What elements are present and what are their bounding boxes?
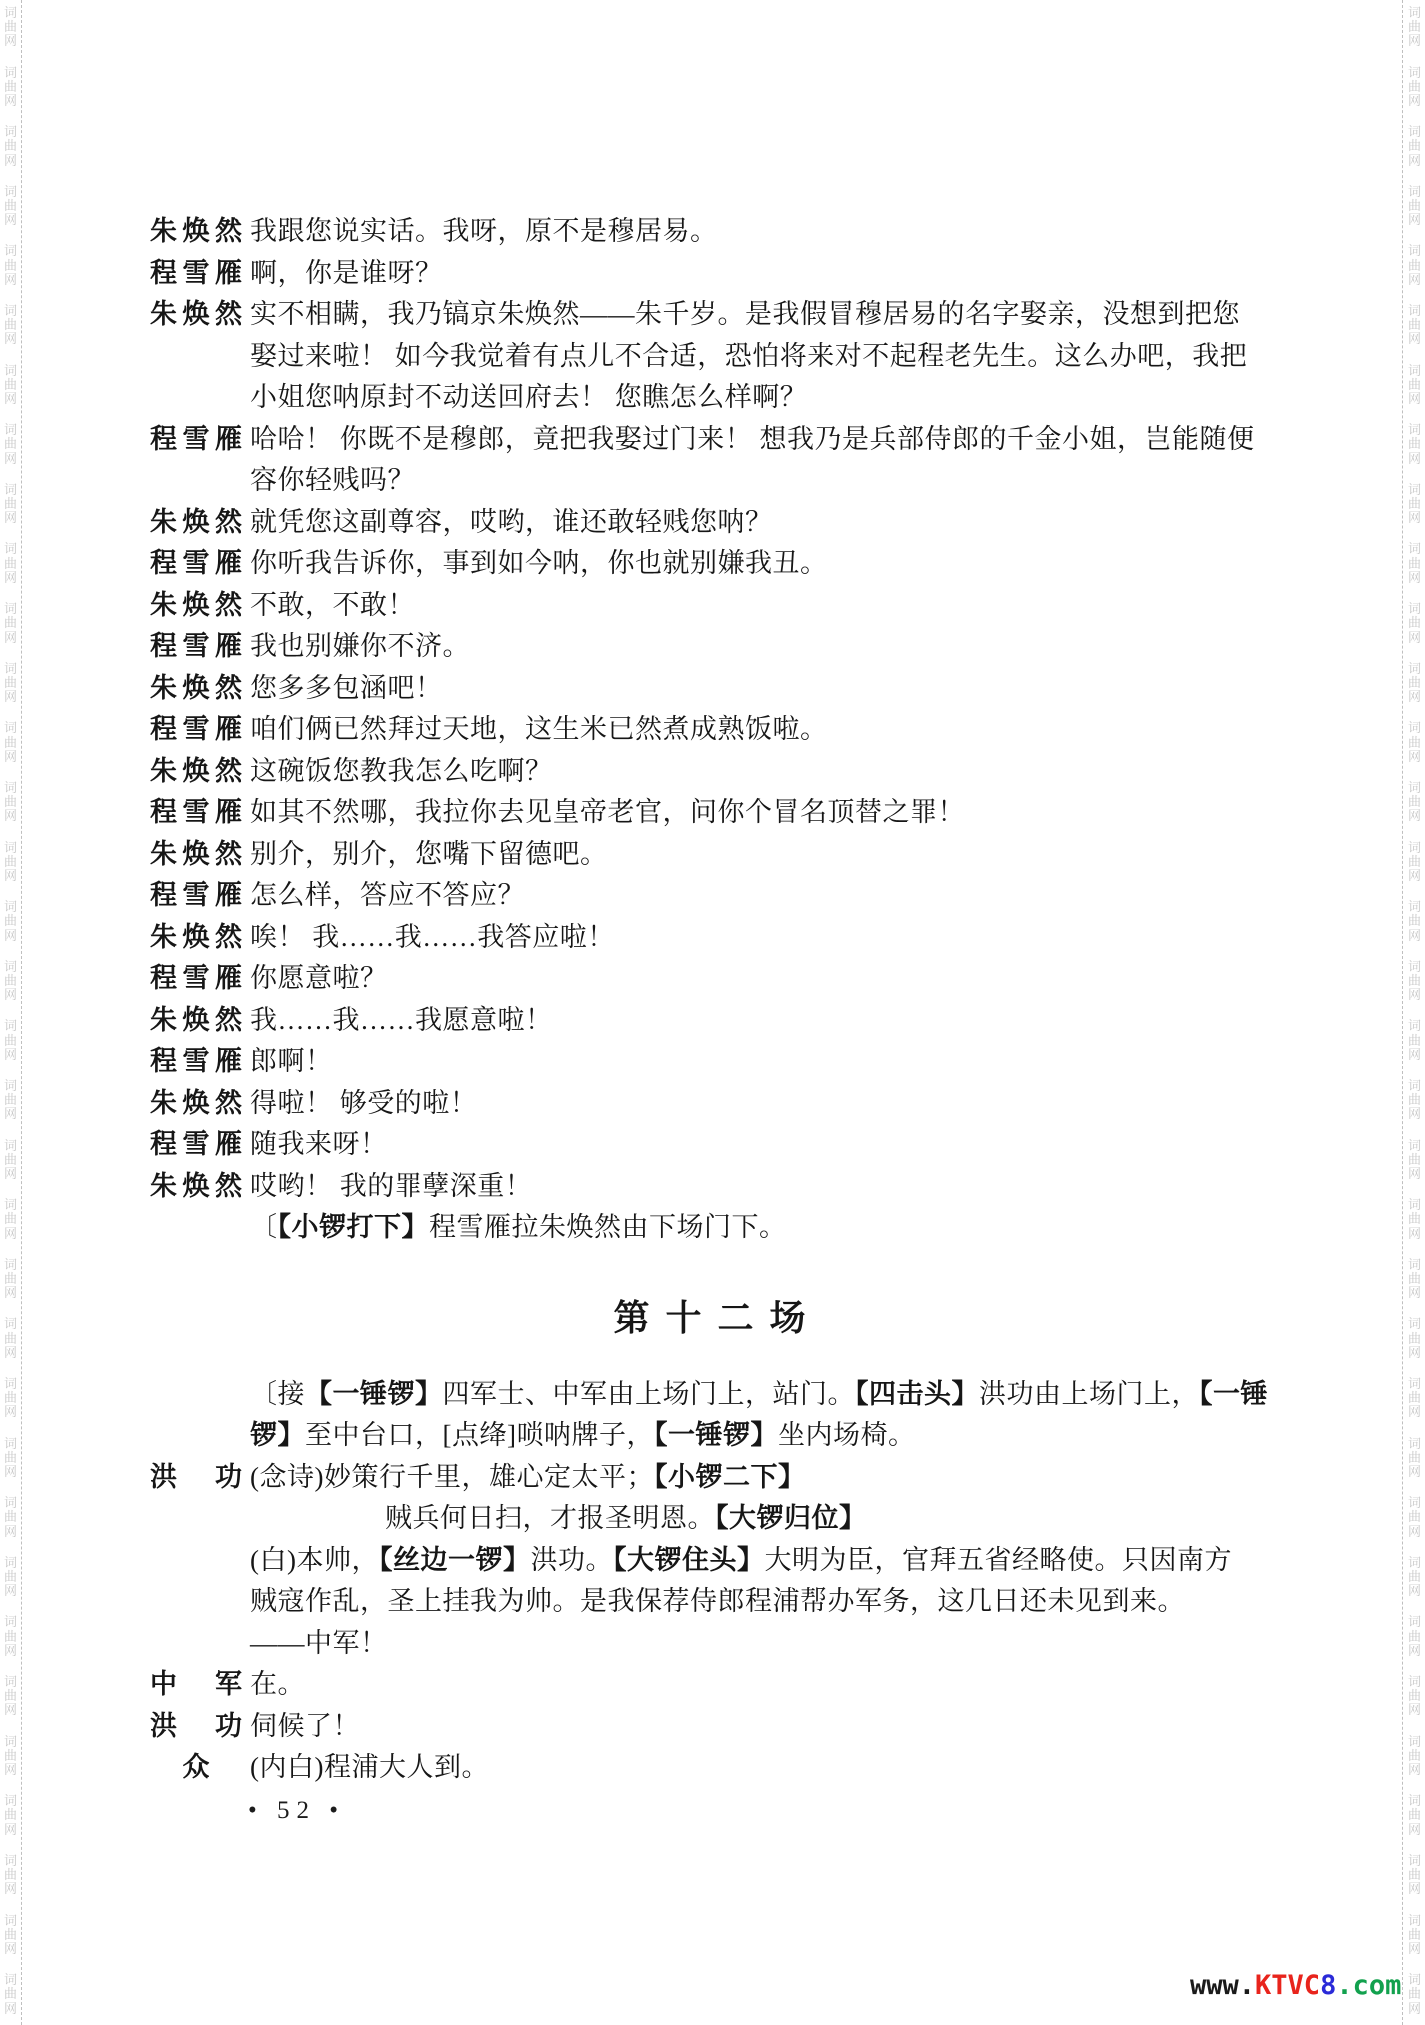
script-line: 程雪雁哈哈！ 你既不是穆郎，竟把我娶过门来！ 想我乃是兵部侍郎的千金小姐，岂能随… (150, 419, 1272, 461)
logo-segment: 8 (1320, 1970, 1336, 2001)
script-line: 朱焕然得啦！ 够受的啦！ (150, 1083, 1272, 1125)
watermark-char: 词 (1408, 1914, 1421, 1928)
speaker-name: 朱焕然 (150, 1166, 242, 1208)
watermark-char: 网 (4, 1048, 17, 1062)
speaker-char: 程 (150, 875, 177, 917)
watermark-char: 词 (4, 1794, 17, 1808)
watermark-group: 词曲网 (4, 66, 17, 109)
watermark-group: 词曲网 (1408, 841, 1421, 884)
line-text: 咱们俩已然拜过天地，这生米已然煮成熟饭啦。 (250, 709, 1272, 751)
speaker-char: 程 (150, 958, 177, 1000)
line-text: 哎哟！ 我的罪孽深重！ (250, 1166, 1272, 1208)
speaker-name: 朱焕然 (150, 668, 242, 710)
speaker-name (150, 1207, 242, 1249)
watermark-char: 网 (1408, 213, 1421, 227)
watermark-char: 曲 (4, 1034, 17, 1048)
watermark-group: 词曲网 (1408, 483, 1421, 526)
watermark-char: 曲 (1408, 199, 1421, 213)
script-body: 朱焕然我跟您说实话。我呀，原不是穆居易。程雪雁啊，你是谁呀？朱焕然实不相瞒，我乃… (150, 211, 1272, 1789)
watermark-char: 词 (4, 304, 17, 318)
speaker-char: 朱 (150, 1166, 177, 1208)
watermark-char: 网 (1408, 94, 1421, 108)
speaker-name: 程雪雁 (150, 543, 242, 585)
watermark-group: 词曲网 (1408, 721, 1421, 764)
speaker-char: 雁 (215, 253, 242, 295)
line-text: 小姐您呐原封不动送回府去！ 您瞧怎么样啊？ (250, 377, 1272, 419)
watermark-group: 词曲网 (1408, 364, 1421, 407)
watermark-group: 词曲网 (4, 1794, 17, 1837)
watermark-group: 词曲网 (4, 900, 17, 943)
watermark-char: 词 (4, 364, 17, 378)
script-line: 程雪雁咱们俩已然拜过天地，这生米已然煮成熟饭啦。 (150, 709, 1272, 751)
watermark-char: 网 (1408, 1823, 1421, 1837)
speaker-name: 朱焕然 (150, 585, 242, 627)
script-line: 程雪雁啊，你是谁呀？ (150, 253, 1272, 295)
speaker-char: 程 (150, 1124, 177, 1166)
watermark-char: 网 (4, 1584, 17, 1598)
watermark-char: 网 (4, 1405, 17, 1419)
watermark-group: 词曲网 (4, 1556, 17, 1599)
watermark-char: 词 (1408, 364, 1421, 378)
watermark-char: 网 (4, 2002, 17, 2016)
stage-direction: 〔接【一锤锣】四军士、中军由上场门上，站门。【四击头】洪功由上场门上，【一锤 (250, 1374, 1272, 1416)
watermark-group: 词曲网 (4, 125, 17, 168)
speaker-char: 朱 (150, 502, 177, 544)
watermark-char: 网 (1408, 1584, 1421, 1598)
watermark-char: 网 (4, 273, 17, 287)
watermark-char: 网 (1408, 1465, 1421, 1479)
watermark-group: 词曲网 (4, 244, 17, 287)
watermark-char: 曲 (1408, 914, 1421, 928)
speaker-name: 朱焕然 (150, 1083, 242, 1125)
watermark-char: 词 (4, 1317, 17, 1331)
watermark-char: 曲 (1408, 855, 1421, 869)
script-line: 洪功伺候了！ (150, 1706, 1272, 1748)
watermark-char: 网 (1408, 1286, 1421, 1300)
speaker-name: 程雪雁 (150, 253, 242, 295)
speaker-char: 朱 (150, 294, 177, 336)
speaker-char: 然 (215, 668, 242, 710)
watermark-char: 曲 (1408, 80, 1421, 94)
speaker-char: 焕 (183, 917, 210, 959)
watermark-char: 曲 (4, 318, 17, 332)
line-text: 我跟您说实话。我呀，原不是穆居易。 (250, 211, 1272, 253)
line-text: 您多多包涵吧！ (250, 668, 1272, 710)
script-line: 程雪雁怎么样，答应不答应？ (150, 875, 1272, 917)
watermark-char: 曲 (4, 139, 17, 153)
watermark-char: 词 (4, 1198, 17, 1212)
speaker-char: 程 (150, 626, 177, 668)
watermark-char: 曲 (1408, 497, 1421, 511)
speaker-name: 洪功 (150, 1706, 242, 1748)
watermark-char: 曲 (4, 80, 17, 94)
dashed-border-left (21, 0, 22, 2025)
watermark-char: 网 (1408, 392, 1421, 406)
watermark-char: 词 (4, 1437, 17, 1451)
speaker-char: 雪 (183, 253, 210, 295)
script-line: 小姐您呐原封不动送回府去！ 您瞧怎么样啊？ (150, 377, 1272, 419)
speaker-char: 雪 (183, 1041, 210, 1083)
watermark-group: 词曲网 (4, 542, 17, 585)
watermark-char: 曲 (4, 1332, 17, 1346)
speaker-char: 朱 (150, 917, 177, 959)
speaker-char: 然 (215, 502, 242, 544)
script-line: 朱焕然您多多包涵吧！ (150, 668, 1272, 710)
watermark-group: 词曲网 (1408, 6, 1421, 49)
script-line: 朱焕然我……我……我愿意啦！ (150, 1000, 1272, 1042)
watermark-char: 词 (1408, 781, 1421, 795)
script-line: 程雪雁你听我告诉你，事到如今呐，你也就别嫌我丑。 (150, 543, 1272, 585)
watermark-char: 曲 (4, 1093, 17, 1107)
page-number: • 52 • (248, 1797, 345, 1825)
speaker-name: 程雪雁 (150, 1041, 242, 1083)
watermark-char: 网 (4, 1644, 17, 1658)
watermark-char: 网 (4, 332, 17, 346)
watermark-char: 词 (4, 125, 17, 139)
watermark-char: 曲 (1408, 437, 1421, 451)
line-text: 唉！ 我……我……我答应啦！ (250, 917, 1272, 959)
watermark-char: 曲 (1408, 1928, 1421, 1942)
watermark-char: 网 (1408, 2002, 1421, 2016)
speaker-char: 朱 (150, 834, 177, 876)
watermark-char: 曲 (1408, 20, 1421, 34)
line-text: 容你轻贱吗？ (250, 460, 1272, 502)
watermark-char: 曲 (1408, 1093, 1421, 1107)
watermark-group: 词曲网 (1408, 1675, 1421, 1718)
watermark-char: 网 (1408, 1346, 1421, 1360)
watermark-char: 词 (1408, 6, 1421, 20)
line-text: 就凭您这副尊容，哎哟，谁还敢轻贱您呐？ (250, 502, 1272, 544)
line-text: 得啦！ 够受的啦！ (250, 1083, 1272, 1125)
watermark-group: 词曲网 (1408, 542, 1421, 585)
speaker-char: 然 (215, 211, 242, 253)
watermark-char: 词 (1408, 900, 1421, 914)
watermark-group: 词曲网 (1408, 1139, 1421, 1182)
speaker-name: 程雪雁 (150, 958, 242, 1000)
watermark-char: 曲 (1408, 1332, 1421, 1346)
watermark-char: 词 (1408, 1854, 1421, 1868)
watermark-char: 词 (1408, 542, 1421, 556)
speaker-name: 朱焕然 (150, 751, 242, 793)
watermark-group: 词曲网 (4, 423, 17, 466)
speaker-name (150, 336, 242, 378)
line-text: 在。 (250, 1664, 1272, 1706)
speaker-char: 朱 (150, 668, 177, 710)
watermark-char: 网 (4, 690, 17, 704)
watermark-char: 词 (4, 483, 17, 497)
watermark-char: 词 (4, 1973, 17, 1987)
watermark-char: 网 (1408, 1167, 1421, 1181)
script-line: 程雪雁郎啊！ (150, 1041, 1272, 1083)
speaker-name: 洪功 (150, 1457, 242, 1499)
watermark-char: 词 (4, 423, 17, 437)
script-line: 中军在。 (150, 1664, 1272, 1706)
speaker-char: 雁 (215, 958, 242, 1000)
script-line: 容你轻贱吗？ (150, 460, 1272, 502)
watermark-char: 曲 (1408, 318, 1421, 332)
watermark-char: 网 (1408, 154, 1421, 168)
speaker-char: 焕 (183, 1000, 210, 1042)
watermark-char: 曲 (1408, 1987, 1421, 2001)
speaker-char: 焕 (183, 211, 210, 253)
script-line: 程雪雁如其不然哪，我拉你去见皇帝老官，问你个冒名顶替之罪！ (150, 792, 1272, 834)
script-line: 朱焕然我跟您说实话。我呀，原不是穆居易。 (150, 211, 1272, 253)
watermark-char: 词 (4, 6, 17, 20)
speaker-name (150, 1623, 242, 1665)
watermark-char: 词 (4, 1079, 17, 1093)
watermark-char: 网 (4, 1703, 17, 1717)
speaker-name: 程雪雁 (150, 792, 242, 834)
script-line: ——中军！ (150, 1623, 1272, 1665)
watermark-char: 词 (1408, 841, 1421, 855)
watermark-char: 曲 (4, 1570, 17, 1584)
speaker-name: 朱焕然 (150, 294, 242, 336)
watermark-char: 曲 (1408, 1749, 1421, 1763)
speaker-name: 朱焕然 (150, 1000, 242, 1042)
line-text: 贼寇作乱，圣上挂我为帅。是我保荐侍郎程浦帮办军务，这几日还未见到来。 (250, 1581, 1272, 1623)
watermark-char: 网 (4, 988, 17, 1002)
line-text: 你愿意啦？ (250, 958, 1272, 1000)
script-line: 贼兵何日扫，才报圣明恩。【大锣归位】 (150, 1498, 1272, 1540)
watermark-group: 词曲网 (1408, 1854, 1421, 1897)
script-line: 众(内白)程浦大人到。 (150, 1747, 1272, 1789)
logo-segment: www. (1190, 1970, 1255, 2001)
watermark-char: 曲 (4, 1630, 17, 1644)
speaker-char: 雪 (183, 626, 210, 668)
watermark-char: 网 (1408, 332, 1421, 346)
watermark-group: 词曲网 (4, 1258, 17, 1301)
speaker-name: 朱焕然 (150, 211, 242, 253)
watermark-char: 网 (4, 1882, 17, 1896)
watermark-char: 曲 (1408, 1153, 1421, 1167)
watermark-char: 曲 (1408, 1451, 1421, 1465)
watermark-char: 曲 (4, 437, 17, 451)
watermark-char: 曲 (1408, 378, 1421, 392)
speaker-name (150, 1498, 242, 1540)
watermark-char: 网 (4, 94, 17, 108)
speaker-char: 洪 (150, 1457, 177, 1499)
watermark-char: 曲 (1408, 1630, 1421, 1644)
watermark-group: 词曲网 (1408, 1437, 1421, 1480)
watermark-group: 词曲网 (4, 1854, 17, 1897)
speaker-name: 朱焕然 (150, 502, 242, 544)
watermark-char: 曲 (1408, 557, 1421, 571)
watermark-group: 词曲网 (1408, 66, 1421, 109)
watermark-char: 网 (4, 1763, 17, 1777)
watermark-char: 词 (1408, 1139, 1421, 1153)
speaker-name (150, 1415, 242, 1457)
script-line: 朱焕然实不相瞒，我乃镐京朱焕然——朱千岁。是我假冒穆居易的名字娶亲，没想到把您 (150, 294, 1272, 336)
watermark-char: 词 (4, 66, 17, 80)
line-text: 郎啊！ (250, 1041, 1272, 1083)
watermark-char: 网 (1408, 929, 1421, 943)
watermark-char: 词 (1408, 1079, 1421, 1093)
watermark-char: 词 (1408, 125, 1421, 139)
watermark-char: 曲 (1408, 1868, 1421, 1882)
watermark-char: 网 (1408, 809, 1421, 823)
watermark-char: 曲 (1408, 736, 1421, 750)
line-text: 随我来呀！ (250, 1124, 1272, 1166)
speaker-name: 众 (150, 1747, 242, 1789)
line-text: 这碗饭您教我怎么吃啊？ (250, 751, 1272, 793)
speaker-char: 焕 (183, 668, 210, 710)
watermark-group: 词曲网 (1408, 304, 1421, 347)
speaker-char: 雪 (183, 875, 210, 917)
watermark-char: 曲 (4, 914, 17, 928)
watermark-char: 词 (4, 841, 17, 855)
watermark-char: 网 (1408, 988, 1421, 1002)
speaker-name (150, 377, 242, 419)
watermark-group: 词曲网 (4, 841, 17, 884)
speaker-char: 焕 (183, 1166, 210, 1208)
watermark-char: 曲 (4, 557, 17, 571)
line-text: 伺候了！ (250, 1706, 1272, 1748)
watermark-char: 词 (1408, 423, 1421, 437)
speaker-name: 程雪雁 (150, 875, 242, 917)
watermark-char: 曲 (4, 1749, 17, 1763)
watermark-char: 词 (4, 900, 17, 914)
watermark-char: 词 (4, 960, 17, 974)
speaker-char: 洪 (150, 1706, 177, 1748)
watermark-char: 网 (4, 1107, 17, 1121)
watermark-char: 网 (1408, 571, 1421, 585)
logo-segment: .com (1336, 1970, 1401, 2001)
watermark-char: 曲 (4, 259, 17, 273)
speaker-char: 朱 (150, 585, 177, 627)
scanned-script-page: 词曲网词曲网词曲网词曲网词曲网词曲网词曲网词曲网词曲网词曲网词曲网词曲网词曲网词… (0, 0, 1425, 2025)
speaker-char: 焕 (183, 502, 210, 544)
speaker-char: 然 (215, 585, 242, 627)
watermark-char: 词 (1408, 1735, 1421, 1749)
watermark-group: 词曲网 (4, 364, 17, 407)
speaker-char: 雪 (183, 1124, 210, 1166)
watermark-char: 网 (4, 213, 17, 227)
watermark-char: 词 (4, 1258, 17, 1272)
speaker-name: 朱焕然 (150, 834, 242, 876)
watermark-char: 词 (1408, 1317, 1421, 1331)
watermark-char: 曲 (1408, 1391, 1421, 1405)
watermark-char: 词 (1408, 602, 1421, 616)
watermark-char: 词 (1408, 304, 1421, 318)
speaker-char: 军 (215, 1664, 242, 1706)
watermark-group: 词曲网 (1408, 1914, 1421, 1957)
watermark-char: 网 (1408, 1048, 1421, 1062)
watermark-char: 网 (4, 1525, 17, 1539)
watermark-char: 网 (4, 809, 17, 823)
watermark-group: 词曲网 (1408, 781, 1421, 824)
watermark-char: 网 (4, 154, 17, 168)
watermark-char: 网 (1408, 1763, 1421, 1777)
watermark-char: 曲 (4, 1808, 17, 1822)
watermark-char: 曲 (4, 497, 17, 511)
script-line: 朱焕然唉！ 我……我……我答应啦！ (150, 917, 1272, 959)
script-line: 朱焕然这碗饭您教我怎么吃啊？ (150, 751, 1272, 793)
script-line: 朱焕然别介，别介，您嘴下留德吧。 (150, 834, 1272, 876)
watermark-char: 曲 (4, 1689, 17, 1703)
watermark-group: 词曲网 (1408, 1377, 1421, 1420)
speaker-char: 雪 (183, 958, 210, 1000)
stage-direction: 〔【小锣打下】程雪雁拉朱焕然由下场门下。 (250, 1207, 1272, 1249)
watermark-char: 词 (4, 1854, 17, 1868)
speaker-char: 然 (215, 834, 242, 876)
script-line: 程雪雁我也别嫌你不济。 (150, 626, 1272, 668)
speaker-char: 程 (150, 709, 177, 751)
speaker-char: 焕 (183, 1083, 210, 1125)
stage-direction: 锣】至中台口，[点绛]唢呐牌子，【一锤锣】坐内场椅。 (250, 1415, 1272, 1457)
speaker-name: 中军 (150, 1664, 242, 1706)
line-text: 我也别嫌你不济。 (250, 626, 1272, 668)
watermark-char: 词 (4, 542, 17, 556)
watermark-char: 曲 (4, 1451, 17, 1465)
watermark-char: 曲 (4, 20, 17, 34)
speaker-char: 程 (150, 1041, 177, 1083)
speaker-char: 程 (150, 419, 177, 461)
watermark-char: 网 (4, 869, 17, 883)
watermark-char: 曲 (1408, 1689, 1421, 1703)
watermark-group: 词曲网 (4, 1198, 17, 1241)
watermark-char: 曲 (4, 855, 17, 869)
watermark-group: 词曲网 (4, 1675, 17, 1718)
watermark-char: 曲 (4, 974, 17, 988)
watermark-char: 词 (1408, 66, 1421, 80)
line-text: ——中军！ (250, 1623, 1272, 1665)
watermark-char: 曲 (4, 378, 17, 392)
watermark-char: 词 (1408, 1496, 1421, 1510)
speaker-char: 朱 (150, 1000, 177, 1042)
watermark-group: 词曲网 (1408, 1317, 1421, 1360)
speaker-char: 雁 (215, 1124, 242, 1166)
speaker-char: 功 (215, 1706, 242, 1748)
speaker-char: 雪 (183, 709, 210, 751)
line-text: 实不相瞒，我乃镐京朱焕然——朱千岁。是我假冒穆居易的名字娶亲，没想到把您 (250, 294, 1272, 336)
watermark-char: 曲 (1408, 795, 1421, 809)
speaker-char: 然 (215, 294, 242, 336)
watermark-char: 网 (1408, 1107, 1421, 1121)
watermark-char: 网 (4, 1167, 17, 1181)
watermark-char: 网 (4, 1942, 17, 1956)
speaker-char: 朱 (150, 1083, 177, 1125)
watermark-char: 词 (1408, 1258, 1421, 1272)
speaker-name: 程雪雁 (150, 419, 242, 461)
watermark-group: 词曲网 (1408, 900, 1421, 943)
speaker-name (150, 1374, 242, 1416)
watermark-char: 曲 (1408, 974, 1421, 988)
speaker-char: 众 (183, 1747, 210, 1789)
watermark-char: 词 (4, 1139, 17, 1153)
line-text: 别介，别介，您嘴下留德吧。 (250, 834, 1272, 876)
watermark-group: 词曲网 (1408, 1615, 1421, 1658)
watermark-group: 词曲网 (1408, 125, 1421, 168)
watermark-group: 词曲网 (1408, 1258, 1421, 1301)
line-text: 我……我……我愿意啦！ (250, 1000, 1272, 1042)
watermark-char: 网 (1408, 690, 1421, 704)
watermark-char: 网 (1408, 1405, 1421, 1419)
watermark-char: 曲 (1408, 1510, 1421, 1524)
watermark-char: 词 (1408, 1615, 1421, 1629)
watermark-char: 曲 (4, 676, 17, 690)
watermark-group: 词曲网 (1408, 1496, 1421, 1539)
script-line: 朱焕然哎哟！ 我的罪孽深重！ (150, 1166, 1272, 1208)
speaker-char: 然 (215, 917, 242, 959)
script-line: 朱焕然不敢，不敢！ (150, 585, 1272, 627)
watermark-char: 网 (4, 392, 17, 406)
speaker-char: 然 (215, 1083, 242, 1125)
watermark-char: 词 (1408, 1377, 1421, 1391)
watermark-group: 词曲网 (4, 185, 17, 228)
watermark-char: 词 (4, 1019, 17, 1033)
watermark-group: 词曲网 (4, 1496, 17, 1539)
script-line: 锣】至中台口，[点绛]唢呐牌子，【一锤锣】坐内场椅。 (150, 1415, 1272, 1457)
